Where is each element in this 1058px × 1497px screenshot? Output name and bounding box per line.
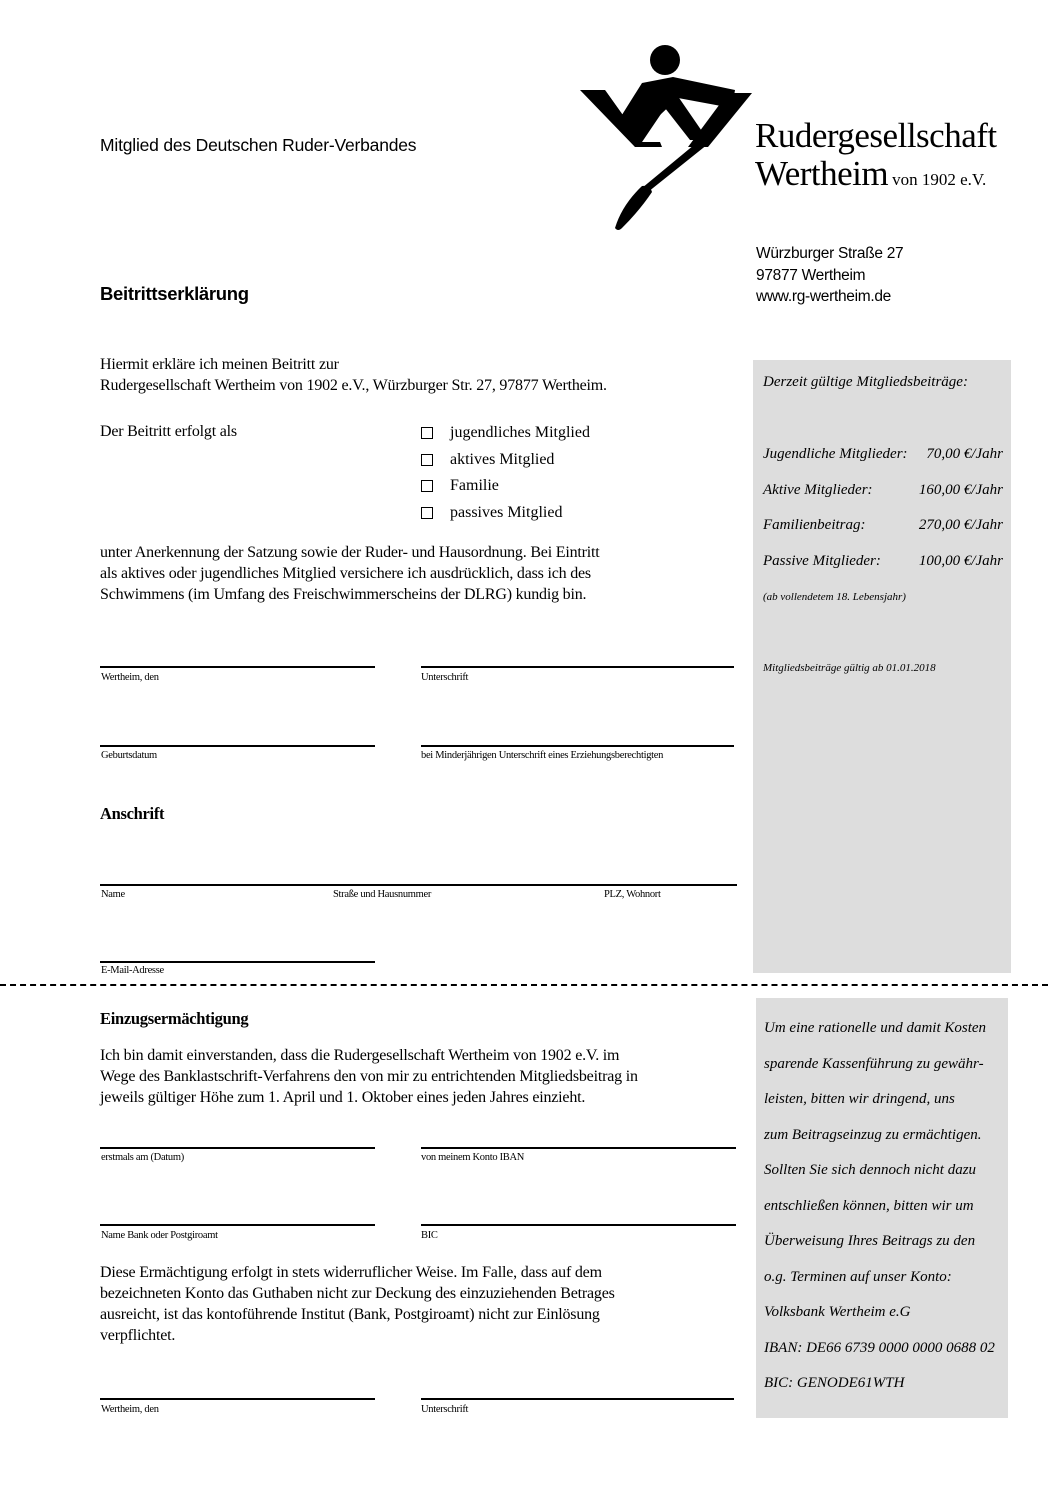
checkbox[interactable] — [421, 507, 433, 519]
zip-city-label: PLZ, Wohnort — [604, 889, 661, 900]
debit-info-line: Um eine rationelle und damit Kosten — [764, 1011, 1014, 1047]
fee-label: Passive Mitglieder: — [763, 553, 881, 570]
club-founding: von 1902 e.V. — [892, 170, 986, 189]
option-active[interactable]: aktives Mitglied — [421, 447, 590, 474]
option-passive[interactable]: passives Mitglied — [421, 500, 590, 527]
birth-date-field[interactable] — [100, 745, 375, 747]
revoke-line: verpflichtet. — [100, 1325, 615, 1346]
debit-info-line: leisten, bitten wir dringend, uns — [764, 1082, 1014, 1118]
first-date-label: erstmals am (Datum) — [101, 1152, 184, 1163]
fee-label: Familienbeitrag: — [763, 517, 865, 534]
debit-info-line: Sollten Sie sich dennoch nicht dazu — [764, 1153, 1014, 1189]
debit-info-text: Um eine rationelle und damit Kosten spar… — [764, 1011, 1014, 1402]
federation-membership-text: Mitglied des Deutschen Ruder-Verbandes — [100, 135, 416, 156]
debit-info-line: zum Beitragseinzug zu ermächtigen. — [764, 1118, 1014, 1154]
place-date-field[interactable] — [100, 666, 375, 668]
club-name: Rudergesellschaft — [755, 118, 997, 154]
ack-line: Schwimmens (im Umfang des Freischwimmers… — [100, 584, 599, 605]
bank-iban: IBAN: DE66 6739 0000 0000 0688 02 — [764, 1331, 1014, 1367]
debit-place-date-field[interactable] — [100, 1398, 375, 1400]
join-as-label: Der Beitritt erfolgt als — [100, 421, 237, 442]
club-name-line2: Wertheimvon 1902 e.V. — [755, 156, 986, 198]
debit-signature-label: Unterschrift — [421, 1404, 468, 1415]
debit-place-date-label: Wertheim, den — [101, 1404, 159, 1415]
bank-name-field[interactable] — [100, 1224, 375, 1226]
fee-value: 100,00 €/Jahr — [919, 553, 1003, 570]
guardian-signature-label: bei Minderjährigen Unterschrift eines Er… — [421, 750, 663, 761]
debit-info-line: entschließen können, bitten wir um — [764, 1189, 1014, 1225]
iban-field[interactable] — [421, 1147, 736, 1149]
iban-label: von meinem Konto IBAN — [421, 1152, 524, 1163]
birth-date-label: Geburtsdatum — [101, 750, 157, 761]
ack-line: als aktives oder jugendliches Mitglied v… — [100, 563, 599, 584]
fee-label: Jugendliche Mitglieder: — [763, 446, 908, 463]
street-label: Straße und Hausnummer — [333, 889, 431, 900]
club-city: Wertheim — [755, 154, 888, 193]
address-field[interactable] — [100, 884, 737, 886]
option-label: passives Mitglied — [450, 504, 562, 522]
address-website[interactable]: www.rg-wertheim.de — [756, 286, 903, 308]
signature-field[interactable] — [421, 666, 734, 668]
option-family[interactable]: Familie — [421, 473, 590, 500]
checkbox[interactable] — [421, 454, 433, 466]
membership-options: jugendliches Mitglied aktives Mitglied F… — [421, 420, 590, 526]
debit-info-line: Überweisung Ihres Beitrags zu den — [764, 1224, 1014, 1260]
debit-info-line: sparende Kassenführung zu gewähr- — [764, 1047, 1014, 1083]
debit-signature-field[interactable] — [421, 1398, 734, 1400]
intro-line: Hiermit erkläre ich meinen Beitritt zur — [100, 354, 607, 375]
fee-label: Aktive Mitglieder: — [763, 482, 873, 499]
bic-field[interactable] — [421, 1224, 736, 1226]
email-label: E-Mail-Adresse — [101, 965, 164, 976]
direct-debit-text: Ich bin damit einverstanden, dass die Ru… — [100, 1045, 638, 1108]
address-city: 97877 Wertheim — [756, 265, 903, 287]
checkbox[interactable] — [421, 480, 433, 492]
debit-info-line: o.g. Terminen auf unser Konto: — [764, 1260, 1014, 1296]
checkbox[interactable] — [421, 427, 433, 439]
club-address: Würzburger Straße 27 97877 Wertheim www.… — [756, 243, 903, 308]
place-date-label: Wertheim, den — [101, 672, 159, 683]
fees-note: (ab vollendetem 18. Lebensjahr) — [763, 591, 906, 603]
form-title: Beitrittserklärung — [100, 283, 249, 305]
fees-title: Derzeit gültige Mitgliedsbeiträge: — [763, 374, 968, 391]
debit-para-line: Wege des Banklastschrift-Verfahrens den … — [100, 1066, 638, 1087]
revoke-line: ausreicht, ist das kontoführende Institu… — [100, 1304, 615, 1325]
option-label: aktives Mitglied — [450, 451, 554, 469]
revocation-text: Diese Ermächtigung erfolgt in stets wide… — [100, 1262, 615, 1346]
bank-bic: BIC: GENODE61WTH — [764, 1366, 1014, 1402]
address-section-title: Anschrift — [100, 804, 164, 824]
option-youth[interactable]: jugendliches Mitglied — [421, 420, 590, 447]
ack-line: unter Anerkennung der Satzung sowie der … — [100, 542, 599, 563]
revoke-line: bezeichneten Konto das Guthaben nicht zu… — [100, 1283, 615, 1304]
name-label: Name — [101, 889, 125, 900]
direct-debit-title: Einzugsermächtigung — [100, 1009, 248, 1029]
revoke-line: Diese Ermächtigung erfolgt in stets wide… — [100, 1262, 615, 1283]
fees-valid-from: Mitgliedsbeiträge gültig ab 01.01.2018 — [763, 662, 936, 674]
address-street: Würzburger Straße 27 — [756, 243, 903, 265]
email-field[interactable] — [100, 961, 375, 963]
fee-value: 70,00 €/Jahr — [926, 446, 1003, 463]
rower-logo-icon — [580, 40, 780, 235]
signature-label: Unterschrift — [421, 672, 468, 683]
cut-line-divider — [0, 984, 1048, 986]
debit-para-line: Ich bin damit einverstanden, dass die Ru… — [100, 1045, 638, 1066]
option-label: jugendliches Mitglied — [450, 424, 590, 442]
debit-para-line: jeweils gültiger Höhe zum 1. April und 1… — [100, 1087, 638, 1108]
bank-name-label: Name Bank oder Postgiroamt — [101, 1230, 218, 1241]
first-date-field[interactable] — [100, 1147, 375, 1149]
bank-name: Volksbank Wertheim e.G — [764, 1295, 1014, 1331]
option-label: Familie — [450, 477, 499, 495]
intro-line: Rudergesellschaft Wertheim von 1902 e.V.… — [100, 375, 607, 396]
fee-value: 270,00 €/Jahr — [919, 517, 1003, 534]
bic-label: BIC — [421, 1230, 438, 1241]
acknowledgement-text: unter Anerkennung der Satzung sowie der … — [100, 542, 599, 605]
guardian-signature-field[interactable] — [421, 745, 734, 747]
intro-text: Hiermit erkläre ich meinen Beitritt zur … — [100, 354, 607, 396]
fee-value: 160,00 €/Jahr — [919, 482, 1003, 499]
